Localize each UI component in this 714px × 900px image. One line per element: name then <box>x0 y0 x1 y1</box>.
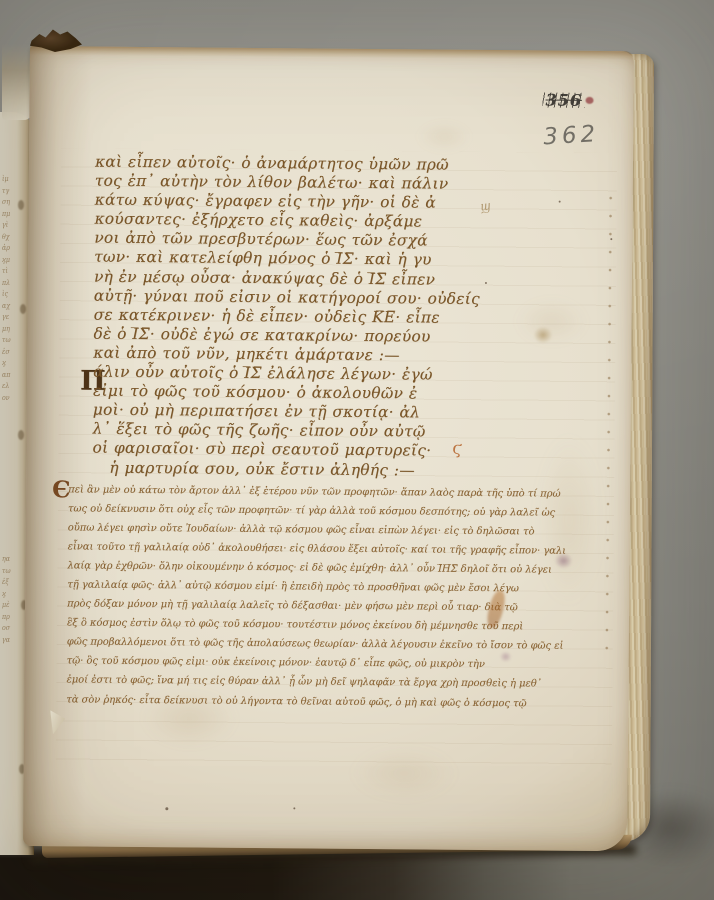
purple-stain-small <box>500 651 512 662</box>
ink-speck <box>165 807 168 810</box>
sewing-knot <box>18 200 24 210</box>
sewing-knot <box>20 304 26 314</box>
gospel-text-block: καὶ εἶπεν αὐτοῖς· ὁ ἀναμάρτητος ὑμῶν πρῶ… <box>92 153 505 481</box>
water-stain <box>142 689 238 748</box>
book: ὶμ τγ ση πμ γὶ θχ ἀρ ϗμ τὶ πλ ὶς αχ γε μ… <box>0 0 714 900</box>
spine-hinge <box>2 44 32 120</box>
water-stain <box>417 121 471 151</box>
commentary-text-block: πεὶ ἂν μὲν οὐ κάτω τὸν ἄρτον ἀλλ᾽ ἐξ ἑτέ… <box>66 480 548 713</box>
struck-folio-number: 356 <box>545 91 582 110</box>
strike-hatching <box>542 92 585 107</box>
water-stain <box>351 747 456 800</box>
gospel-line: ἡ μαρτυρία σου, οὐκ ἔστιν ἀληθής :— <box>109 458 502 481</box>
sewing-knot <box>18 430 24 440</box>
pencil-folio-number: 362 <box>542 121 599 150</box>
ink-speck <box>485 282 487 284</box>
red-ink-dot <box>586 97 594 104</box>
ink-speck <box>559 201 561 203</box>
facing-page-marks-upper: ὶμ τγ ση πμ γὶ θχ ἀρ ϗμ τὶ πλ ὶς αχ γε μ… <box>2 174 20 404</box>
manuscript-photo: ὶμ τγ ση πμ γὶ θχ ἀρ ϗμ τὶ πλ ὶς αχ γε μ… <box>0 0 714 900</box>
parchment-page: 356 362 ϣ Π καὶ εἶπεν αὐτοῖς· ὁ ἀναμάρτη… <box>23 46 634 851</box>
ink-speck <box>610 238 612 240</box>
water-stain <box>515 298 587 345</box>
facing-page-marks-lower: ηα τω ἐξ ϗ μὲ πρ οσ γα <box>2 554 20 646</box>
ink-speck <box>293 807 295 809</box>
